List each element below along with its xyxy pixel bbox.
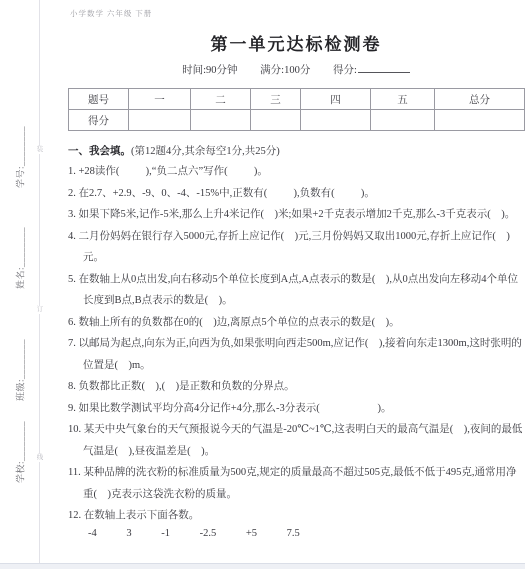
page-bottom-strip xyxy=(0,563,525,569)
paper-main: 第一单元达标检测卷 时间:90分钟 满分:100分 得分: 题号 一 二 三 四… xyxy=(68,0,524,539)
meta-row: 时间:90分钟 满分:100分 得分: xyxy=(68,62,524,77)
question-2: 2. 在2.7、+2.9、-9、0、-4、-15%中,正数有( ),负数有( )… xyxy=(68,183,524,205)
score-table: 题号 一 二 三 四 五 总分 得分 xyxy=(68,88,525,131)
number-value: -1 xyxy=(161,528,170,539)
score-table-header: 二 xyxy=(191,89,251,110)
question-5: 5. 在数轴上从0点出发,向右移动5个单位长度到A点,A点表示的数是( ),从0… xyxy=(68,269,524,312)
question-8: 8. 负数都比正数( ),( )是正数和负数的分界点。 xyxy=(68,376,524,398)
student-id-label: 学号:________ xyxy=(14,126,27,188)
score-cell xyxy=(251,110,301,131)
score-table-header: 三 xyxy=(251,89,301,110)
score-row-label: 得分 xyxy=(69,110,129,131)
question-3: 3. 如果下降5米,记作-5米,那么上升4米记作( )米;如果+2千克表示增加2… xyxy=(68,204,524,226)
student-name-label: 姓名:________ xyxy=(14,227,27,289)
score-cell xyxy=(191,110,251,131)
score-cell xyxy=(301,110,371,131)
question-list: 1. +28读作( ),“负二点六”写作( )。 2. 在2.7、+2.9、-9… xyxy=(68,161,524,527)
number-line-values-row: -4 3 -1 -2.5 +5 7.5 xyxy=(68,528,524,539)
score-table-header: 一 xyxy=(129,89,191,110)
class-label: 班级:________ xyxy=(14,339,27,401)
number-value: 7.5 xyxy=(287,528,300,539)
binding-divider-line xyxy=(39,0,40,563)
score-cell xyxy=(129,110,191,131)
score-table-header: 题号 xyxy=(69,89,129,110)
meta-full-score: 满分:100分 xyxy=(260,65,310,76)
score-table-header-row: 题号 一 二 三 四 五 总分 xyxy=(69,89,525,110)
score-table-header: 五 xyxy=(371,89,435,110)
score-table-header: 四 xyxy=(301,89,371,110)
score-cell xyxy=(435,110,525,131)
question-11: 11. 某种品牌的洗衣粉的标准质量为500克,规定的质量最高不超过505克,最低… xyxy=(68,462,524,505)
meta-time: 时间:90分钟 xyxy=(182,65,237,76)
question-6: 6. 数轴上所有的负数都在0的( )边,离原点5个单位的点表示的数是( )。 xyxy=(68,312,524,334)
score-table-header: 总分 xyxy=(435,89,525,110)
section-one-heading: 一、我会填。(第12题4分,其余每空1分,共25分) xyxy=(68,143,524,158)
meta-score-label: 得分: xyxy=(333,65,410,76)
question-1: 1. +28读作( ),“负二点六”写作( )。 xyxy=(68,161,524,183)
meta-score-text: 得分: xyxy=(333,65,357,76)
section-one-title: 一、我会填。 xyxy=(68,146,131,157)
question-12: 12. 在数轴上表示下面各数。 xyxy=(68,505,524,527)
number-value: -2.5 xyxy=(200,528,217,539)
binding-mark-zhuang: 装 xyxy=(36,146,44,154)
meta-score-blank xyxy=(358,64,410,73)
score-table-score-row: 得分 xyxy=(69,110,525,131)
section-one-note: (第12题4分,其余每空1分,共25分) xyxy=(131,146,280,157)
school-label: 学校:________ xyxy=(14,421,27,483)
binding-rail: 学号:________ 姓名:________ 班级:________ 学校:_… xyxy=(0,0,46,569)
score-cell xyxy=(371,110,435,131)
question-4: 4. 二月份妈妈在银行存入5000元,存折上应记作( )元,三月份妈妈又取出10… xyxy=(68,226,524,269)
question-7: 7. 以邮局为起点,向东为正,向西为负,如果张明向西走500m,应记作( ),接… xyxy=(68,333,524,376)
number-value: 3 xyxy=(126,528,131,539)
binding-mark-xian: 线 xyxy=(36,454,44,462)
question-9: 9. 如果比数学测试平均分高4分记作+4分,那么-3分表示( )。 xyxy=(68,398,524,420)
number-value: +5 xyxy=(246,528,257,539)
binding-mark-ding: 订 xyxy=(36,306,44,314)
number-value: -4 xyxy=(88,528,97,539)
page-title: 第一单元达标检测卷 xyxy=(68,30,524,55)
question-10: 10. 某天中央气象台的天气预报说今天的气温是-20℃~1℃,这表明白天的最高气… xyxy=(68,419,524,462)
